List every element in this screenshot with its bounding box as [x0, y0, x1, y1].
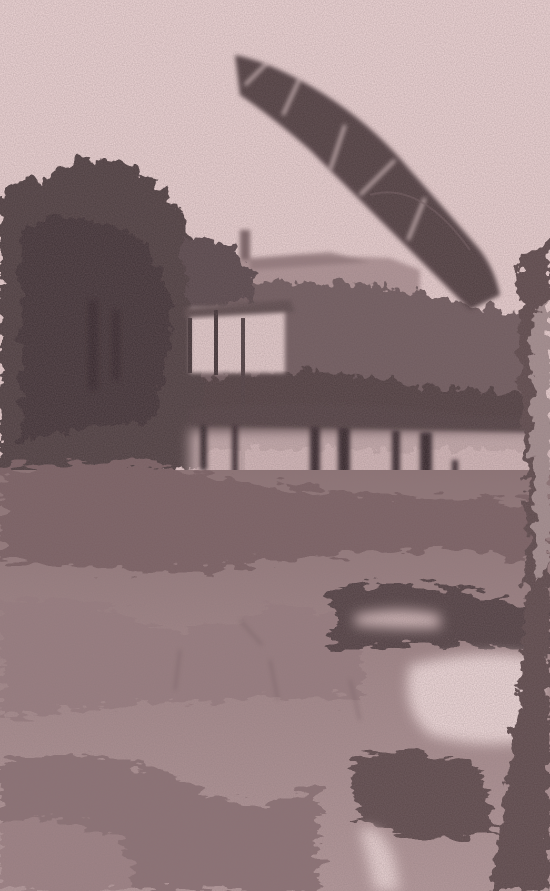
photo-canvas [0, 0, 550, 891]
film-grain [0, 0, 550, 891]
vintage-photograph: Rural riverside scene with a drooping ba… [0, 0, 550, 891]
